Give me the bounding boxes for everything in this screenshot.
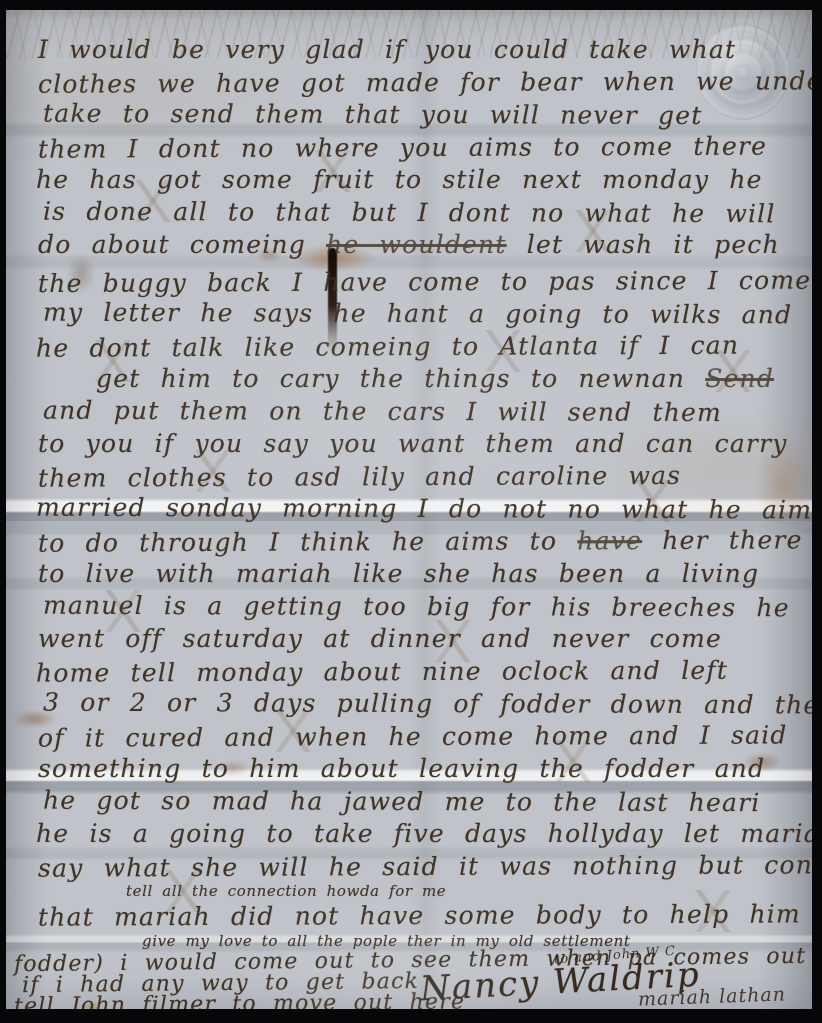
line-text: them clothes to asd lily and caroline wa… [38, 461, 681, 493]
line-text: he got so mad ha jawed me to the last he… [43, 785, 761, 817]
letter-line: he got so mad ha jawed me to the last he… [43, 784, 806, 819]
line-text: he has got some fruit to stile next mond… [36, 165, 763, 194]
struck-text: have [577, 526, 642, 555]
line-text: do about comeing [38, 230, 326, 259]
line-text: say what she will he said it was nothing… [38, 850, 812, 883]
letter-line: he is a going to take five days hollyday… [36, 818, 806, 851]
line-text: tell all the connection howda for me [126, 882, 446, 900]
line-text: to live with mariah like she has been a … [38, 559, 759, 588]
line-text: to you if you say you want them and can … [38, 429, 788, 458]
line-text: her there [642, 525, 803, 555]
line-text: I would be very glad if you could take w… [38, 35, 736, 64]
line-text: went off saturday at dinner and never co… [38, 624, 722, 653]
line-text: to do through I think he aims to [38, 526, 578, 557]
line-text: home tell monday about nine oclock and l… [36, 655, 728, 687]
line-text: the buggy back I have come to pas since … [38, 265, 812, 297]
line-text: clothes we have got made for bear when w… [38, 66, 812, 98]
letter-line: and put them on the cars I will send the… [43, 394, 806, 429]
letter-body: I would be very glad if you could take w… [6, 10, 812, 1009]
letter-line: married sonday morning I do not no what … [36, 492, 806, 527]
letter-line: the buggy back I have come to pas since … [38, 260, 806, 300]
letter-line: say what she will he said it was nothing… [38, 849, 806, 885]
line-text: something to him about leaving the fodde… [38, 754, 765, 783]
line-text: manuel is a getting too big for his bree… [43, 590, 790, 622]
letter-line: home tell monday about nine oclock and l… [36, 654, 806, 690]
letter-line: do about comeing he wouldent let wash it… [38, 229, 806, 262]
letter-line: is done all to that but I dont no what h… [43, 195, 806, 230]
letter-line: take to send them that you will never ge… [43, 98, 806, 133]
line-text: get him to cary the things to newnan [96, 364, 705, 393]
letter-line: them I dont no where you aims to come th… [38, 130, 806, 166]
signature-tail: mariah lathan [638, 983, 787, 1009]
letter-line: something to him about leaving the fodde… [38, 753, 806, 786]
letter-line: to live with mariah like she has been a … [38, 558, 806, 591]
line-text: is done all to that but I dont no what h… [43, 196, 776, 228]
scanned-letter: I would be very glad if you could take w… [0, 0, 822, 1023]
line-text: and put them on the cars I will send the… [43, 395, 722, 426]
line-text: my letter he says he hant a going to wil… [43, 298, 792, 330]
letter-line: to you if you say you want them and can … [38, 428, 806, 461]
letter-line: he has got some fruit to stile next mond… [36, 164, 806, 197]
line-text: he dont talk like comeing to Atlanta if … [36, 330, 739, 362]
line-text: married sonday morning I do not no what … [36, 493, 812, 525]
letter-line: went off saturday at dinner and never co… [38, 623, 806, 656]
letter-line: that mariah did not have some body to he… [38, 899, 806, 935]
line-text: that mariah did not have some body to he… [38, 899, 812, 932]
letter-line: manuel is a getting too big for his bree… [43, 589, 806, 624]
letter-page: I would be very glad if you could take w… [6, 10, 812, 1009]
letter-line: get him to cary the things to newnan Sen… [96, 363, 806, 396]
letter-line: of it cured and when he come home and I … [38, 719, 806, 755]
letter-line: 3 or 2 or 3 days pulling of fodder down … [43, 687, 806, 722]
line-text: 3 or 2 or 3 days pulling of fodder down … [43, 688, 812, 720]
line-text: them I dont no where you aims to come th… [38, 131, 767, 163]
letter-line: them clothes to asd lily and caroline wa… [38, 459, 806, 495]
letter-line: he dont talk like comeing to Atlanta if … [36, 329, 806, 365]
line-text: he is a going to take five days hollyday… [36, 819, 812, 848]
struck-text: Send [705, 364, 774, 393]
letter-line: my letter he says he hant a going to wil… [43, 297, 806, 332]
line-text: take to send them that you will never ge… [43, 99, 703, 130]
line-text: of it cured and when he come home and I … [38, 720, 788, 752]
letter-line: I would be very glad if you could take w… [38, 34, 806, 67]
line-text: let wash it pech [507, 230, 780, 259]
letter-line: clothes we have got made for bear when w… [38, 65, 806, 101]
letter-line: to do through I think he aims to have he… [38, 524, 806, 560]
struck-text: he wouldent [326, 230, 507, 259]
